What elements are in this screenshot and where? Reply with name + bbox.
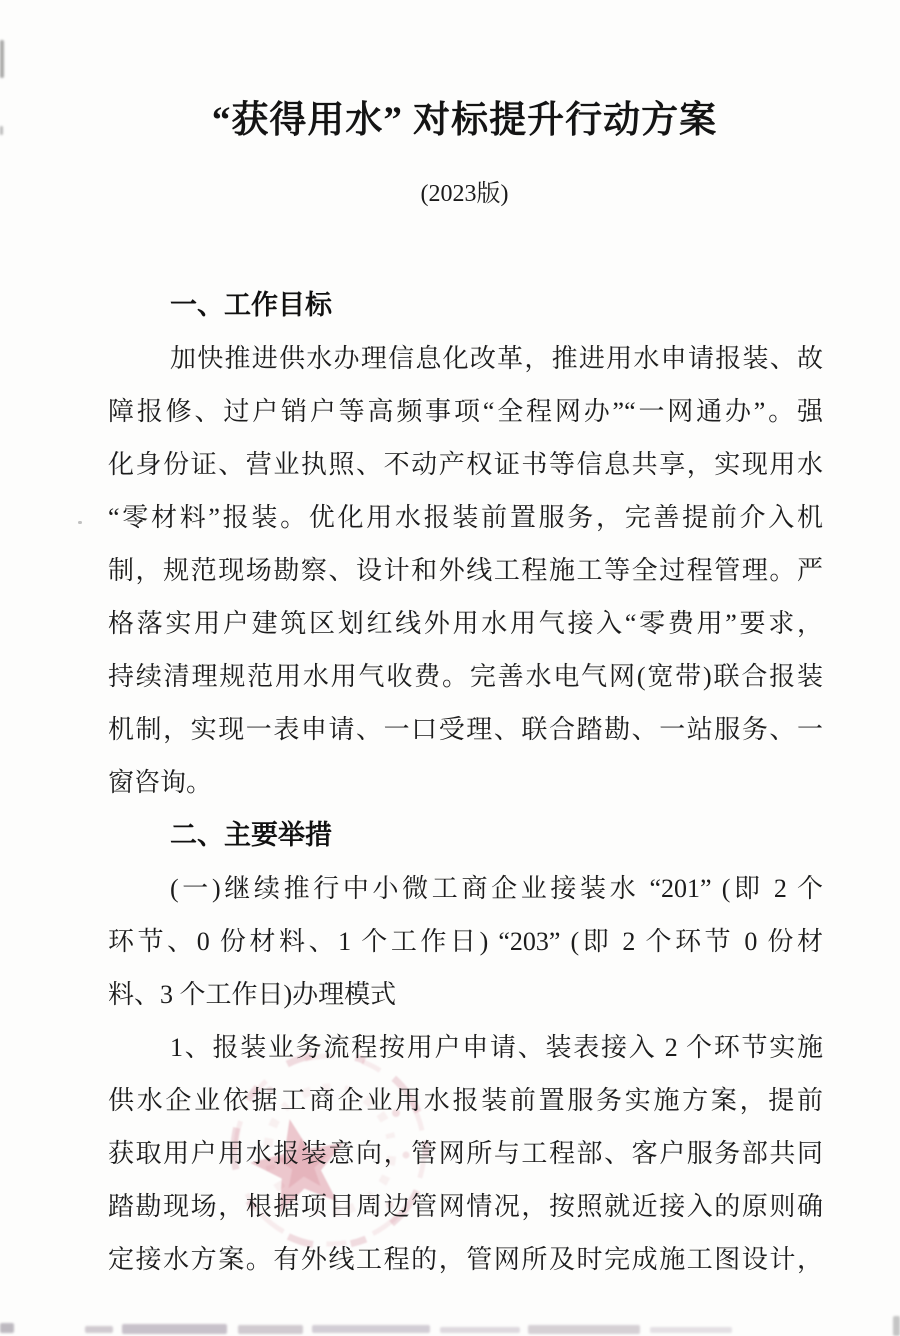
doc-line: 制，规范现场勘察、设计和外线工程施工等全过程管理。严 — [108, 544, 823, 597]
document-subtitle: (2023版) — [92, 172, 837, 216]
doc-subheading-line: (一)继续推行中小微工商企业接装水 “201” (即 2 个 — [108, 862, 823, 915]
document-title: “获得用水” 对标提升行动方案 — [92, 97, 837, 145]
scan-artifact-speck — [78, 521, 82, 524]
doc-line: 供水企业依据工商企业用水报装前置服务实施方案，提前 — [108, 1074, 823, 1127]
doc-line: “零材料”报装。优化用水报装前置服务，完善提前介入机 — [108, 491, 823, 544]
section-heading-2: 二、主要举措 — [108, 809, 823, 862]
scan-artifact-left-edge — [0, 40, 4, 78]
doc-line: 踏勘现场，根据项目周边管网情况，按照就近接入的原则确 — [108, 1180, 823, 1233]
doc-line: 持续清理规范用水用气收费。完善水电气网(宽带)联合报装 — [108, 650, 823, 703]
section-heading-1: 一、工作目标 — [108, 279, 823, 332]
doc-line: 格落实用户建筑区划红线外用水用气接入“零费用”要求， — [108, 597, 823, 650]
doc-line: 定接水方案。有外线工程的，管网所及时完成施工图设计， — [108, 1233, 823, 1286]
scan-artifact-left-dot — [0, 126, 3, 135]
doc-line: 获取用户用水报装意向，管网所与工程部、客户服务部共同 — [108, 1127, 823, 1180]
doc-line: 障报修、过户销户等高频事项“全程网办”“一网通办”。强 — [108, 385, 823, 438]
doc-line: 1、报装业务流程按用户申请、装表接入 2 个环节实施 — [108, 1021, 823, 1074]
doc-subheading-line: 料、3 个工作日)办理模式 — [108, 968, 823, 1021]
doc-line: 窗咨询。 — [108, 756, 823, 809]
document-body: 一、工作目标 加快推进供水办理信息化改革，推进用水申请报装、故 障报修、过户销户… — [108, 279, 823, 1286]
doc-line: 化身份证、营业执照、不动产权证书等信息共享，实现用水 — [108, 438, 823, 491]
scanned-document-page: “获得用水” 对标提升行动方案 (2023版) 一、工作目标 加快推进供水办理信… — [0, 0, 900, 1336]
doc-subheading-line: 环节、0 份材料、1 个工作日) “203” (即 2 个环节 0 份材 — [108, 915, 823, 968]
doc-line: 机制，实现一表申请、一口受理、联合踏勘、一站服务、一 — [108, 703, 823, 756]
doc-line: 加快推进供水办理信息化改革，推进用水申请报装、故 — [108, 332, 823, 385]
